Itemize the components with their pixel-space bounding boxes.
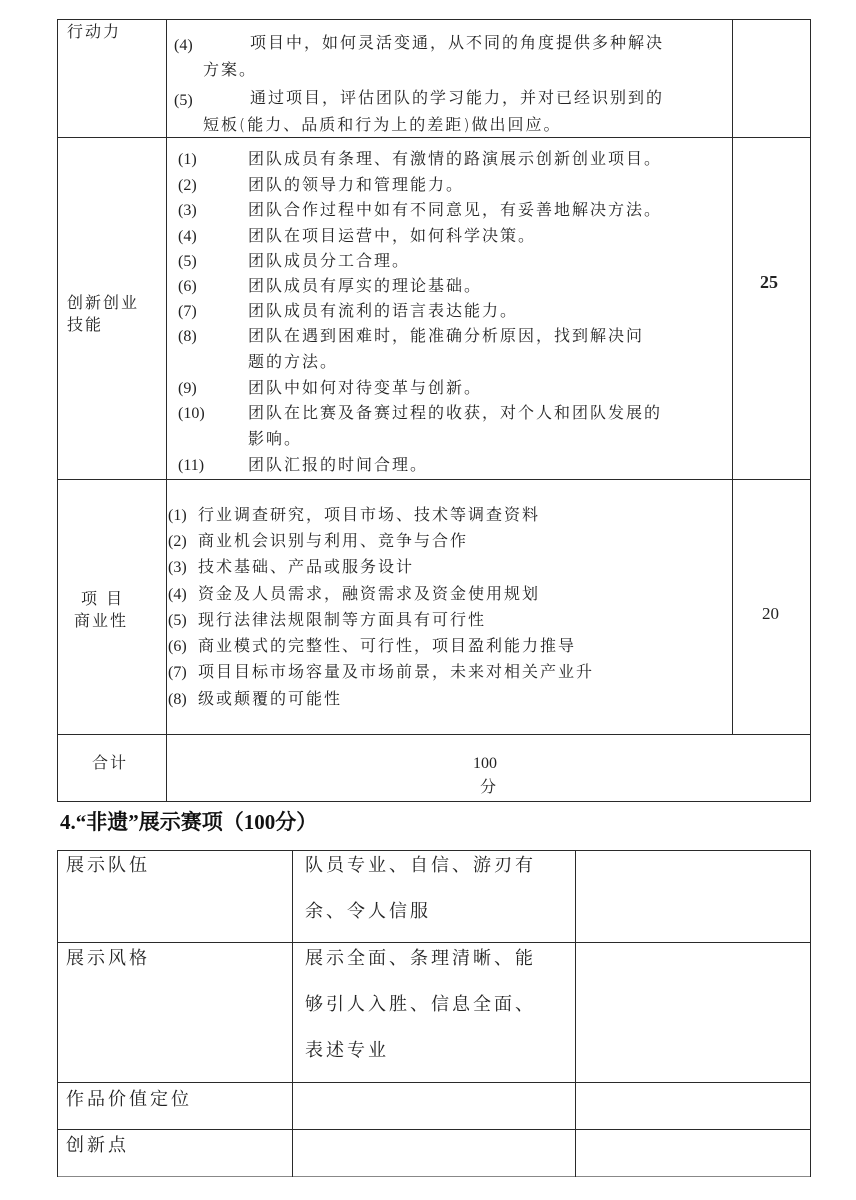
item-number: (5) <box>178 252 197 272</box>
description-cell <box>294 1131 574 1175</box>
category-label: 项 目 <box>81 589 124 609</box>
criterion-text: 现行法律法规限制等方面具有可行性 <box>198 610 486 630</box>
table2-border-top <box>57 850 811 851</box>
criterion-text: 行业调查研究，项目市场、技术等调查资料 <box>198 505 540 525</box>
criterion-text: 方案。 <box>203 60 257 80</box>
table1-row-divider <box>57 479 811 480</box>
criterion-text: 团队成员分工合理。 <box>248 251 410 271</box>
item-number: (2) <box>178 176 197 196</box>
category-label: 创新创业 <box>67 293 139 313</box>
item-number: (4) <box>178 227 197 247</box>
criterion-label: 展示风格 <box>66 949 150 969</box>
table1-border-bottom <box>57 801 811 802</box>
score-value: 25 <box>760 272 778 292</box>
score-input-cell[interactable] <box>577 1131 809 1175</box>
criterion-text: 题的方法。 <box>248 352 338 372</box>
table1-col-divider <box>732 19 733 735</box>
criterion-text: 团队的领导力和管理能力。 <box>248 175 464 195</box>
criterion-text: 团队在比赛及备赛过程的收获，对个人和团队发展的 <box>248 403 662 423</box>
total-value: 100 <box>473 754 497 774</box>
table1-border-left <box>57 19 58 802</box>
criterion-text: 团队成员有厚实的理论基础。 <box>248 276 482 296</box>
criterion-text: 团队中如何对待变革与创新。 <box>248 378 482 398</box>
item-number: (8) <box>168 690 187 710</box>
criterion-text: 影响。 <box>248 429 302 449</box>
table2-row-divider <box>57 1082 811 1083</box>
criterion-text: 团队汇报的时间合理。 <box>248 455 428 475</box>
criterion-text: 团队在项目运营中，如何科学决策。 <box>248 226 536 246</box>
criterion-description: 展示全面、条理清晰、能 <box>305 949 536 969</box>
section-heading: 4.“非遗”展示赛项（100分） <box>60 806 317 836</box>
table1-border-top <box>57 19 811 20</box>
item-number: (5) <box>174 91 193 111</box>
criterion-text: 技术基础、产品或服务设计 <box>198 557 414 577</box>
category-label: 商业性 <box>74 611 128 631</box>
item-number: (5) <box>168 611 187 631</box>
item-number: (8) <box>178 327 197 347</box>
table1-row-divider <box>57 137 811 138</box>
criterion-text: 商业模式的完整性、可行性，项目盈利能力推导 <box>198 636 576 656</box>
criterion-label: 创新点 <box>66 1136 129 1156</box>
criterion-label: 展示队伍 <box>66 856 150 876</box>
item-number: (11) <box>178 456 204 476</box>
table1-border-right <box>810 19 811 802</box>
criterion-description: 够引人入胜、信息全面、 <box>305 995 536 1015</box>
total-unit: 分 <box>480 777 498 797</box>
criterion-text: 资金及人员需求，融资需求及资金使用规划 <box>198 584 540 604</box>
criterion-text: 级或颠覆的可能性 <box>198 689 342 709</box>
criterion-text: 团队成员有流利的语言表达能力。 <box>248 301 518 321</box>
criterion-text: 团队成员有条理、有激情的路演展示创新创业项目。 <box>248 149 662 169</box>
table2-border-left <box>57 850 58 1177</box>
table2-row-divider <box>57 942 811 943</box>
score-input-cell[interactable] <box>577 944 809 1081</box>
criterion-description: 表述专业 <box>305 1041 389 1061</box>
table2-border-right <box>810 850 811 1177</box>
criterion-text: 项目目标市场容量及市场前景，未来对相关产业升 <box>198 662 594 682</box>
item-number: (7) <box>168 663 187 683</box>
item-number: (2) <box>168 532 187 552</box>
table2-col-divider <box>292 850 293 1177</box>
score-input-cell[interactable] <box>577 852 809 941</box>
item-number: (9) <box>178 379 197 399</box>
item-number: (7) <box>178 302 197 322</box>
criterion-label: 作品价值定位 <box>66 1090 192 1110</box>
total-label: 合计 <box>92 753 128 773</box>
criterion-text: 短板(能力、品质和行为上的差距)做出回应。 <box>203 115 562 135</box>
score-input-cell[interactable] <box>577 1084 809 1128</box>
table1-row-divider <box>57 734 811 735</box>
table1-col-divider <box>166 19 167 802</box>
item-number: (4) <box>174 36 193 56</box>
table2-border-bottom <box>57 1176 811 1177</box>
item-number: (10) <box>178 404 205 424</box>
item-number: (6) <box>178 277 197 297</box>
criterion-description: 余、令人信服 <box>305 902 431 922</box>
description-cell <box>294 1084 574 1128</box>
score-value: 20 <box>762 604 779 624</box>
criterion-text: 项目中，如何灵活变通，从不同的角度提供多种解决 <box>250 33 664 53</box>
item-number: (3) <box>168 558 187 578</box>
table2-row-divider <box>57 1129 811 1130</box>
item-number: (6) <box>168 637 187 657</box>
criterion-text: 商业机会识别与利用、竞争与合作 <box>198 531 468 551</box>
criterion-description: 队员专业、自信、游刃有 <box>305 856 536 876</box>
criterion-text: 团队在遇到困难时，能准确分析原因，找到解决问 <box>248 326 644 346</box>
category-label: 技能 <box>67 315 103 335</box>
category-label: 行动力 <box>67 22 121 42</box>
criterion-text: 通过项目，评估团队的学习能力，并对已经识别到的 <box>250 88 664 108</box>
criterion-text: 团队合作过程中如有不同意见，有妥善地解决方法。 <box>248 200 662 220</box>
item-number: (4) <box>168 585 187 605</box>
item-number: (3) <box>178 201 197 221</box>
table2-col-divider <box>575 850 576 1177</box>
item-number: (1) <box>168 506 187 526</box>
item-number: (1) <box>178 150 197 170</box>
